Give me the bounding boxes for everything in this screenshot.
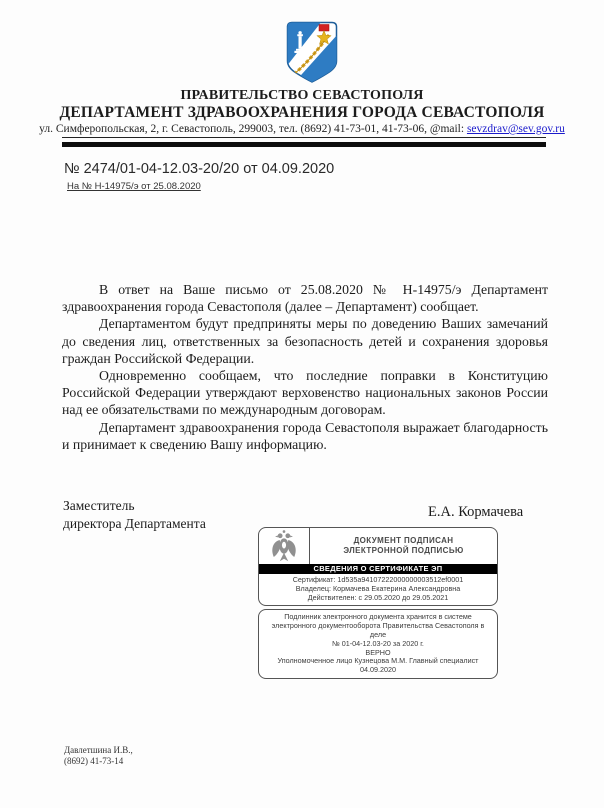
original-storage-note: Подлинник электронного документа хранитс…: [265, 613, 491, 639]
stamp-title-line1: ДОКУМЕНТ ПОДПИСАН: [354, 536, 454, 546]
body-paragraph: Одновременно сообщаем, что последние поп…: [62, 367, 548, 419]
certificate-validity: Действителен: с 29.05.2020 до 29.05.2021: [261, 594, 495, 603]
executor-phone: (8692) 41-73-14: [64, 756, 133, 767]
executor-footer: Давлетшина И.В., (8692) 41-73-14: [64, 745, 133, 767]
stamp-date: 04.09.2020: [265, 666, 491, 675]
incoming-number: На № Н-14975/э от 25.08.2020: [67, 181, 201, 192]
letter-body: В ответ на Ваше письмо от 25.08.2020 № Н…: [62, 281, 548, 453]
letterhead-divider-thick: [62, 142, 546, 147]
stamp-certificate-box: ДОКУМЕНТ ПОДПИСАН ЭЛЕКТРОННОЙ ПОДПИСЬЮ С…: [258, 527, 498, 606]
letterhead-address: ул. Симферопольская, 2, г. Севастополь, …: [0, 123, 604, 135]
double-headed-eagle-icon: [259, 528, 310, 564]
outgoing-number: № 2474/01-04-12.03-20/20 от 04.09.2020: [64, 161, 334, 177]
body-paragraph: Департаментом будут предприняты меры по …: [62, 315, 548, 367]
stamp-title: ДОКУМЕНТ ПОДПИСАН ЭЛЕКТРОННОЙ ПОДПИСЬЮ: [310, 528, 497, 564]
electronic-signature-stamp: ДОКУМЕНТ ПОДПИСАН ЭЛЕКТРОННОЙ ПОДПИСЬЮ С…: [258, 527, 498, 679]
signer-position: Заместитель директора Департамента: [63, 497, 206, 532]
department-title: ДЕПАРТАМЕНТ ЗДРАВООХРАНЕНИЯ ГОРОДА СЕВАС…: [0, 104, 604, 122]
government-title: ПРАВИТЕЛЬСТВО СЕВАСТОПОЛЯ: [0, 88, 604, 104]
letterhead-divider-thin: [62, 137, 546, 138]
sevastopol-coat-of-arms-icon: [286, 21, 338, 89]
address-text: ул. Симферопольская, 2, г. Севастополь, …: [39, 123, 467, 135]
stamp-title-line2: ЭЛЕКТРОННОЙ ПОДПИСЬЮ: [343, 546, 463, 556]
signer-position-line2: директора Департамента: [63, 515, 206, 533]
certificate-details: Сертификат: 1d535a94107222000000003512ef…: [259, 574, 497, 605]
executor-name: Давлетшина И.В.,: [64, 745, 133, 756]
body-paragraph: В ответ на Ваше письмо от 25.08.2020 № Н…: [62, 281, 548, 315]
official-letter-page: ПРАВИТЕЛЬСТВО СЕВАСТОПОЛЯ ДЕПАРТАМЕНТ ЗД…: [0, 0, 604, 808]
email-link[interactable]: sevzdrav@sev.gov.ru: [467, 123, 565, 135]
signer-name: Е.А. Кормачева: [428, 504, 523, 521]
certificate-info-header: СВЕДЕНИЯ О СЕРТИФИКАТЕ ЭП: [259, 564, 497, 574]
stamp-verification-box: Подлинник электронного документа хранитс…: [258, 609, 498, 679]
signer-position-line1: Заместитель: [63, 497, 206, 515]
body-paragraph: Департамент здравоохранения города Севас…: [62, 419, 548, 453]
